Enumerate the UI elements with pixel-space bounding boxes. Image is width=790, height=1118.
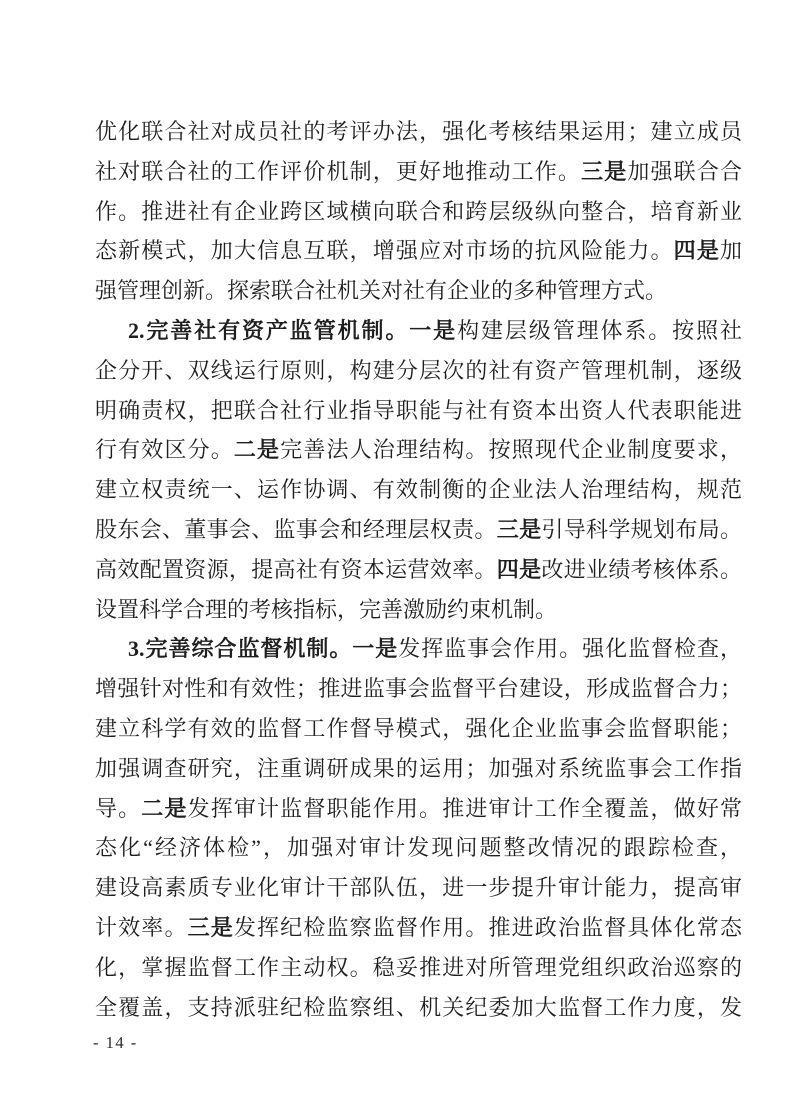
text-line: 增强针对性和有效性；推进监事会监督平台建设，形成监督合力； [95, 669, 742, 709]
paragraph: 优化联合社对成员社的考评办法，强化考核结果运用；建立成员社对联合社的工作评价机制… [95, 112, 742, 311]
bold-emphasis: 二是 [234, 437, 280, 462]
text-line: 建立权责统一、运作协调、有效制衡的企业法人治理结构，规范 [95, 470, 742, 510]
text-segment: 构建层级管理体系。按照社 [457, 318, 742, 343]
text-segment: 企分开、双线运行原则，构建分层次的社有资产管理机制，逐级 [95, 358, 742, 383]
document-page: 优化联合社对成员社的考评办法，强化考核结果运用；建立成员社对联合社的工作评价机制… [0, 0, 790, 1118]
text-segment: 完善法人治理结构。按照现代企业制度要求， [280, 437, 742, 462]
text-segment: 明确责权，把联合社行业指导职能与社有资本出资人代表职能进 [95, 398, 742, 423]
text-segment: 化，掌握监督工作主动权。稳妥推进对所管理党组织政治巡察的 [95, 955, 742, 980]
text-segment: 股东会、董事会、监事会和经理层权责。 [95, 517, 497, 542]
text-segment: 导。 [95, 796, 141, 821]
bold-emphasis: 三是 [581, 159, 627, 184]
text-segment: 社对联合社的工作评价机制，更好地推动工作。 [95, 159, 581, 184]
text-line: 态化“经济体检”，加强对审计发现问题整改情况的跟踪检查， [95, 828, 742, 868]
text-segment: 改进业绩考核体系。 [541, 557, 742, 582]
bold-emphasis: 3.完善综合监督机制。一是 [128, 636, 398, 661]
text-segment: 设置科学合理的考核指标，完善激励约束机制。 [95, 597, 557, 622]
text-segment: 全覆盖，支持派驻纪检监察组、机关纪委加大监督工作力度，发 [95, 995, 742, 1020]
text-line: 加强调查研究，注重调研成果的运用；加强对系统监事会工作指 [95, 749, 742, 789]
text-segment: 加强调查研究，注重调研成果的运用；加强对系统监事会工作指 [95, 756, 742, 781]
bold-emphasis: 2.完善社有资产监管机制。一是 [128, 318, 457, 343]
paragraph: 3.完善综合监督机制。一是发挥监事会作用。强化监督检查，增强针对性和有效性；推进… [95, 629, 742, 1027]
text-segment: 发挥审计监督职能作用。推进审计工作全覆盖，做好常 [188, 796, 742, 821]
bold-emphasis: 三是 [497, 517, 542, 542]
bold-emphasis: 四是 [497, 557, 542, 582]
text-line: 化，掌握监督工作主动权。稳妥推进对所管理党组织政治巡察的 [95, 948, 742, 988]
text-segment: 态新模式，加大信息互联，增强应对市场的抗风险能力。 [95, 238, 674, 263]
text-line: 导。二是发挥审计监督职能作用。推进审计工作全覆盖，做好常 [95, 789, 742, 829]
text-line: 计效率。三是发挥纪检监察监督作用。推进政治监督具体化常态 [95, 908, 742, 948]
text-segment: 增强针对性和有效性；推进监事会监督平台建设，形成监督合力； [95, 676, 742, 701]
text-line: 建设高素质专业化审计干部队伍，进一步提升审计能力，提高审 [95, 868, 742, 908]
text-segment: 行有效区分。 [95, 437, 234, 462]
text-segment: 加 [720, 238, 742, 263]
text-line: 股东会、董事会、监事会和经理层权责。三是引导科学规划布局。 [95, 510, 742, 550]
text-line: 态新模式，加大信息互联，增强应对市场的抗风险能力。四是加 [95, 231, 742, 271]
text-segment: 优化联合社对成员社的考评办法，强化考核结果运用；建立成员 [95, 119, 742, 144]
text-segment: 计效率。 [95, 915, 188, 940]
text-line: 高效配置资源，提高社有资本运营效率。四是改进业绩考核体系。 [95, 550, 742, 590]
text-segment: 发挥监事会作用。强化监督检查， [398, 636, 742, 661]
text-line: 3.完善综合监督机制。一是发挥监事会作用。强化监督检查， [95, 629, 742, 669]
text-line: 优化联合社对成员社的考评办法，强化考核结果运用；建立成员 [95, 112, 742, 152]
text-segment: 高效配置资源，提高社有资本运营效率。 [95, 557, 497, 582]
text-segment: 态化“经济体检”，加强对审计发现问题整改情况的跟踪检查， [95, 835, 742, 860]
page-number: - 14 - [93, 1033, 138, 1053]
text-line: 全覆盖，支持派驻纪检监察组、机关纪委加大监督工作力度，发 [95, 988, 742, 1028]
text-segment: 发挥纪检监察监督作用。推进政治监督具体化常态 [234, 915, 742, 940]
text-segment: 强管理创新。探索联合社机关对社有企业的多种管理方式。 [95, 278, 667, 303]
body-text: 优化联合社对成员社的考评办法，强化考核结果运用；建立成员社对联合社的工作评价机制… [95, 112, 742, 1027]
text-segment: 引导科学规划布局。 [541, 517, 742, 542]
text-segment: 建立科学有效的监督工作督导模式，强化企业监事会监督职能； [95, 716, 742, 741]
text-segment: 作。推进社有企业跨区域横向联合和跨层级纵向整合，培育新业 [95, 199, 742, 224]
text-line: 社对联合社的工作评价机制，更好地推动工作。三是加强联合合 [95, 152, 742, 192]
text-line: 企分开、双线运行原则，构建分层次的社有资产管理机制，逐级 [95, 351, 742, 391]
text-line: 2.完善社有资产监管机制。一是构建层级管理体系。按照社 [95, 311, 742, 351]
text-line: 作。推进社有企业跨区域横向联合和跨层级纵向整合，培育新业 [95, 192, 742, 232]
text-segment: 加强联合合 [627, 159, 742, 184]
text-line: 强管理创新。探索联合社机关对社有企业的多种管理方式。 [95, 271, 742, 311]
text-line: 建立科学有效的监督工作督导模式，强化企业监事会监督职能； [95, 709, 742, 749]
text-line: 设置科学合理的考核指标，完善激励约束机制。 [95, 590, 742, 630]
text-segment: 建设高素质专业化审计干部队伍，进一步提升审计能力，提高审 [95, 875, 742, 900]
bold-emphasis: 二是 [141, 796, 187, 821]
text-segment: 建立权责统一、运作协调、有效制衡的企业法人治理结构，规范 [95, 477, 742, 502]
bold-emphasis: 四是 [674, 238, 720, 263]
paragraph: 2.完善社有资产监管机制。一是构建层级管理体系。按照社企分开、双线运行原则，构建… [95, 311, 742, 629]
bold-emphasis: 三是 [188, 915, 234, 940]
text-line: 明确责权，把联合社行业指导职能与社有资本出资人代表职能进 [95, 391, 742, 431]
text-line: 行有效区分。二是完善法人治理结构。按照现代企业制度要求， [95, 430, 742, 470]
